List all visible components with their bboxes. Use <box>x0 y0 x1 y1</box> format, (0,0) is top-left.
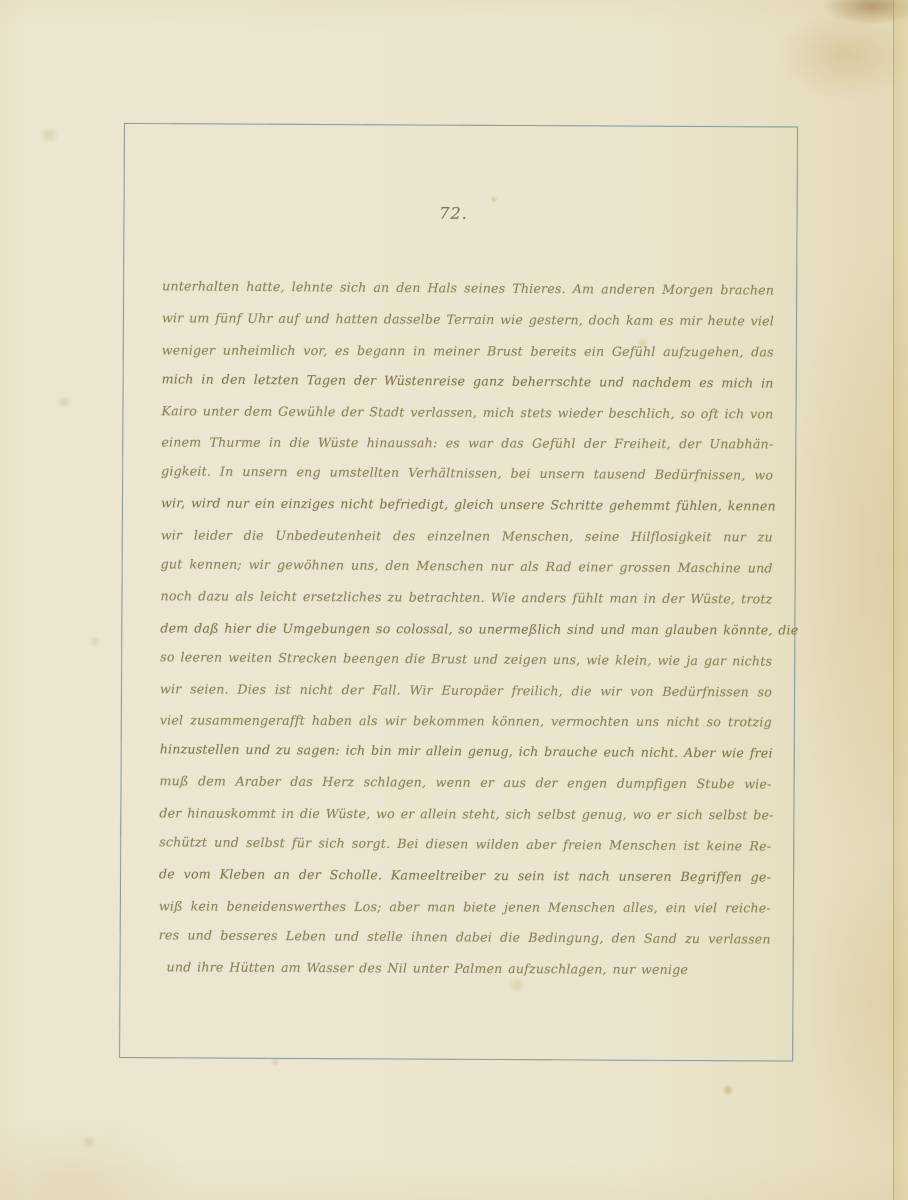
manuscript-line: und ihre Hütten am Wasser des Nil unter … <box>158 952 770 986</box>
manuscript-line: wir um fünf Uhr auf und hatten dasselbe … <box>162 303 774 337</box>
manuscript-line: muß dem Araber das Herz schlagen, wenn e… <box>159 766 771 800</box>
manuscript-line: Kairo unter dem Gewühle der Stadt verlas… <box>161 396 773 430</box>
manuscript-line: dem daß hier die Umgebungen so colossal,… <box>160 613 772 646</box>
page-number: 72. <box>123 202 783 224</box>
manuscript-line: noch dazu als leicht ersetzliches zu bet… <box>160 581 772 615</box>
manuscript-line: der hinauskommt in die Wüste, wo er alle… <box>159 799 771 832</box>
manuscript-line: viel zusammengerafft haben als wir bekom… <box>160 706 772 739</box>
manuscript-line: hinzustellen und zu sagen: ich bin mir a… <box>160 735 772 770</box>
sheet-content: 72. unterhalten hatte, lehnte sich an de… <box>0 0 908 1200</box>
manuscript-line: de vom Kleben an der Scholle. Kameeltrei… <box>159 859 771 893</box>
manuscript-line: unterhalten hatte, lehnte sich an den Ha… <box>162 271 774 306</box>
manuscript-line: schützt und selbst für sich sorgt. Bei d… <box>159 827 771 862</box>
manuscript-line: wiß kein beneidenswerthes Los; aber man … <box>159 891 771 924</box>
manuscript-line: weniger unheimlich vor, es begann in mei… <box>162 335 774 368</box>
manuscript-scan: 72. unterhalten hatte, lehnte sich an de… <box>0 0 908 1200</box>
manuscript-line: gut kennen; wir gewöhnen uns, den Mensch… <box>161 549 773 584</box>
manuscript-line: wir, wird nur ein einziges nicht befried… <box>161 488 773 522</box>
manuscript-line: gigkeit. In unsern eng umstellten Verhäl… <box>161 457 773 492</box>
manuscript-line: einem Thurme in die Wüste hinaussah: es … <box>161 428 773 461</box>
manuscript-line: res und besseres Leben und stelle ihnen … <box>159 920 771 955</box>
manuscript-line: wir seien. Dies ist nicht der Fall. Wir … <box>160 674 772 708</box>
manuscript-text-block: unterhalten hatte, lehnte sich an den Ha… <box>158 272 774 986</box>
paper-right-edge <box>893 0 908 1200</box>
manuscript-line: mich in den letzten Tagen der Wüstenreis… <box>162 364 774 399</box>
manuscript-line: wir leider die Unbedeutenheit des einzel… <box>161 521 773 554</box>
manuscript-line: so leeren weiten Strecken beengen die Br… <box>160 642 772 677</box>
